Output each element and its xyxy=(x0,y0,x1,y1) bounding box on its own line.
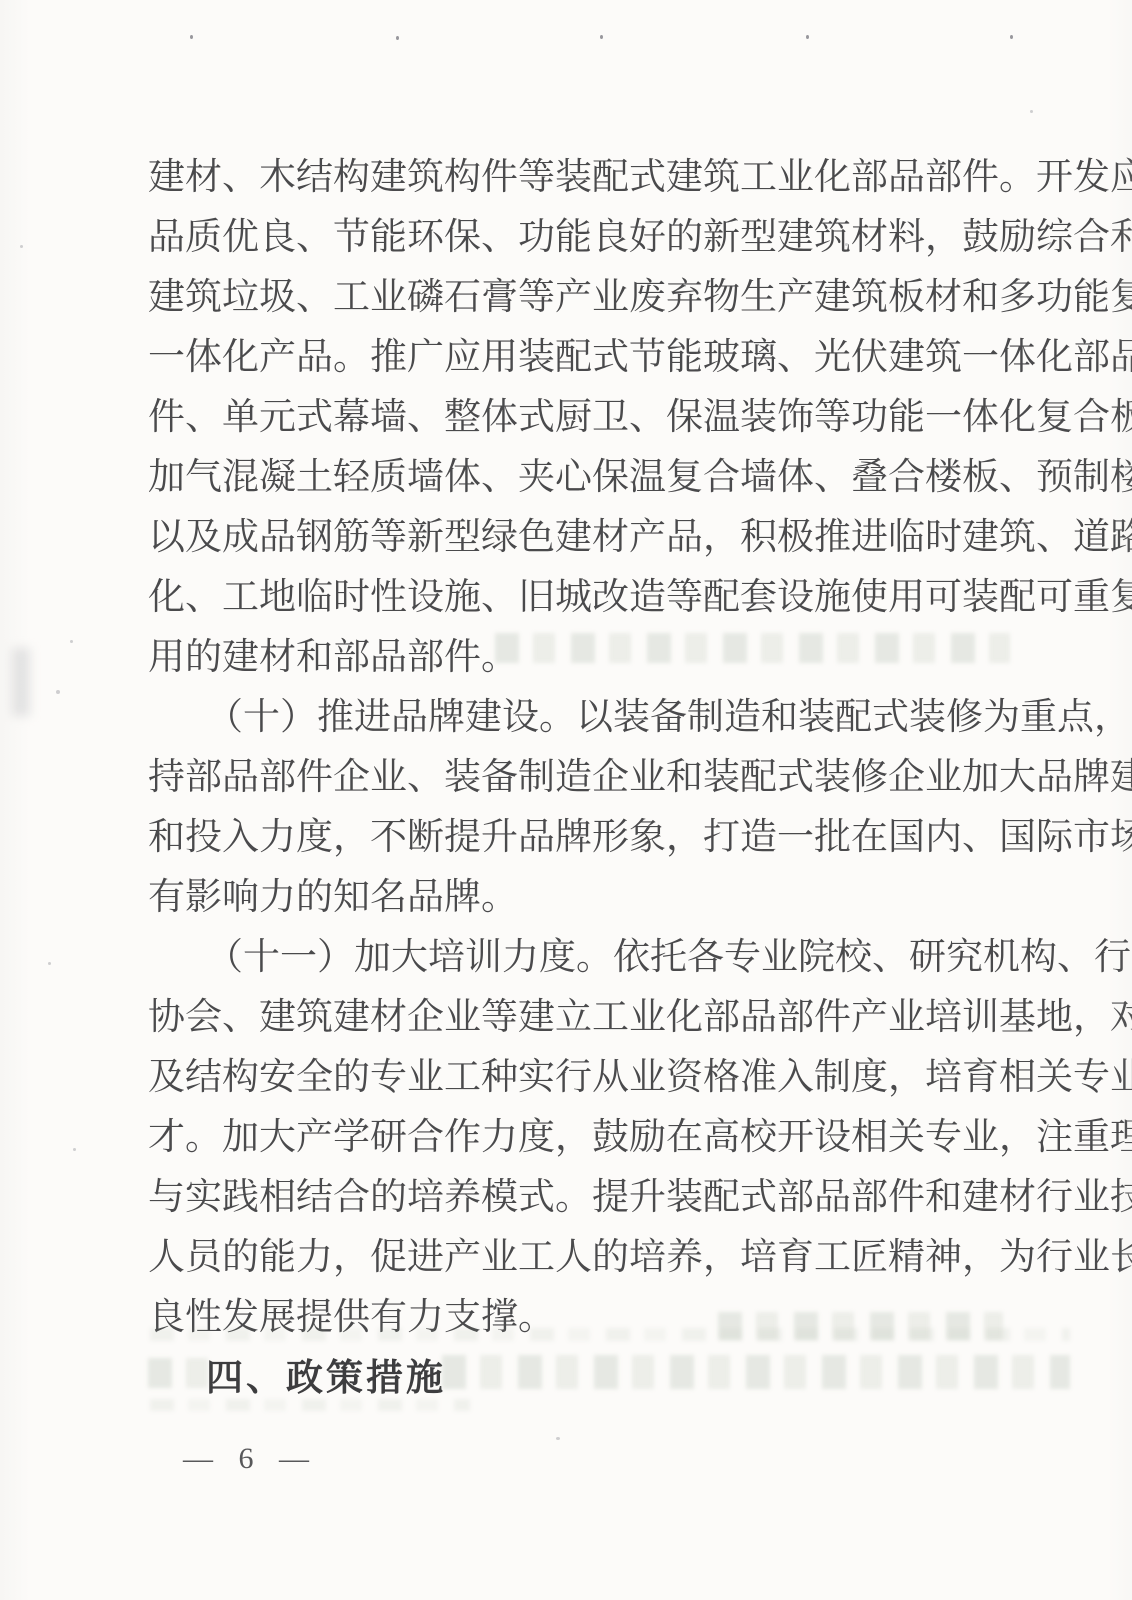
text-line: 良性发展提供有力支撑。 xyxy=(148,1288,1004,1348)
scan-speckle xyxy=(806,35,809,39)
text-line: 化、工地临时性设施、旧城改造等配套设施使用可装配可重复使 xyxy=(148,568,1004,628)
text-line: 件、单元式幕墙、整体式厨卫、保温装饰等功能一体化复合板材、 xyxy=(148,388,1004,448)
text-line: 才。加大产学研合作力度，鼓励在高校开设相关专业，注重理论 xyxy=(148,1108,1004,1168)
section-heading: 四、政策措施 xyxy=(148,1348,1004,1408)
text-line: 以及成品钢筋等新型绿色建材产品，积极推进临时建筑、道路硬 xyxy=(148,508,1004,568)
text-line: 与实践相结合的培养模式。提升装配式部品部件和建材行业技术 xyxy=(148,1168,1004,1228)
text-line: 用的建材和部品部件。 xyxy=(148,628,1004,688)
text-line: 建筑垃圾、工业磷石膏等产业废弃物生产建筑板材和多功能复合 xyxy=(148,268,1004,328)
document-body: 建材、木结构建筑构件等装配式建筑工业化部品部件。开发应用品质优良、节能环保、功能… xyxy=(148,148,1004,1408)
scan-speckle xyxy=(1010,35,1013,39)
scan-speckle xyxy=(48,962,51,965)
scan-speckle xyxy=(600,35,603,39)
scan-smudge xyxy=(12,648,30,716)
scan-speckle xyxy=(190,35,193,39)
page-number: — 6 — xyxy=(183,1442,311,1476)
text-line: 及结构安全的专业工种实行从业资格准入制度，培育相关专业人 xyxy=(148,1048,1004,1108)
text-line: 有影响力的知名品牌。 xyxy=(148,868,1004,928)
text-line: 建材、木结构建筑构件等装配式建筑工业化部品部件。开发应用 xyxy=(148,148,1004,208)
text-line: 加气混凝土轻质墙体、夹心保温复合墙体、叠合楼板、预制楼梯 xyxy=(148,448,1004,508)
scan-speckle xyxy=(73,1148,76,1151)
text-line: 协会、建筑建材企业等建立工业化部品部件产业培训基地，对涉 xyxy=(148,988,1004,1048)
scan-speckle xyxy=(56,690,60,694)
text-line: 持部品部件企业、装备制造企业和装配式装修企业加大品牌建设 xyxy=(148,748,1004,808)
scan-speckle xyxy=(20,245,23,248)
text-line: 和投入力度，不断提升品牌形象，打造一批在国内、国际市场具 xyxy=(148,808,1004,868)
text-line: 一体化产品。推广应用装配式节能玻璃、光伏建筑一体化部品部 xyxy=(148,328,1004,388)
text-line: （十）推进品牌建设。以装备制造和装配式装修为重点，支 xyxy=(148,688,1004,748)
scan-speckle xyxy=(1030,110,1033,113)
text-line: 人员的能力，促进产业工人的培养，培育工匠精神，为行业长期 xyxy=(148,1228,1004,1288)
text-line: （十一）加大培训力度。依托各专业院校、研究机构、行业 xyxy=(148,928,1004,988)
text-line: 品质优良、节能环保、功能良好的新型建筑材料，鼓励综合利用 xyxy=(148,208,1004,268)
scan-speckle xyxy=(396,36,399,40)
scan-speckle xyxy=(556,1437,560,1440)
scanned-document-page: 建材、木结构建筑构件等装配式建筑工业化部品部件。开发应用品质优良、节能环保、功能… xyxy=(0,0,1132,1600)
scan-speckle xyxy=(70,640,73,643)
